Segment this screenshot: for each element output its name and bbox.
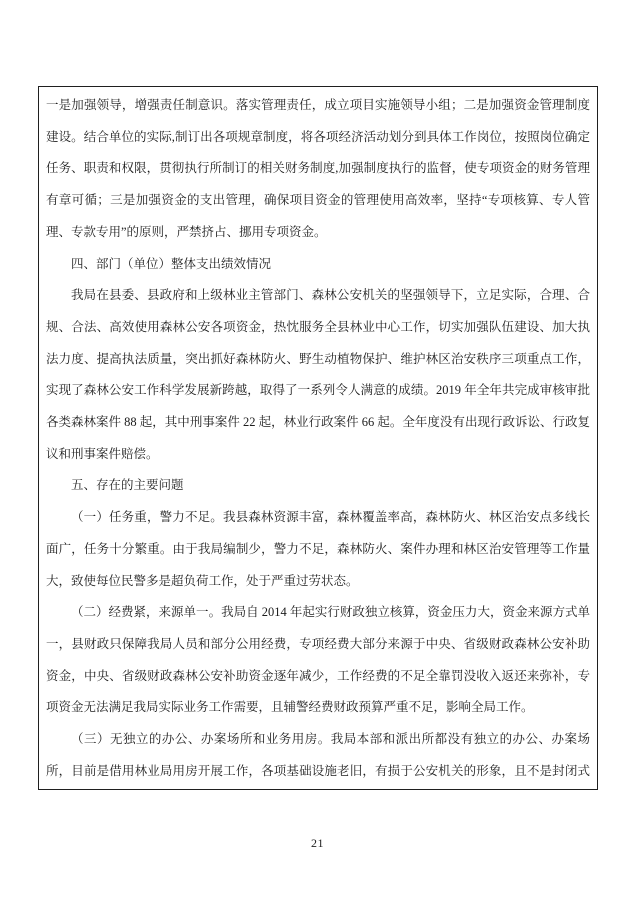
body-paragraph-problem-1: （一）任务重，警力不足。我县森林资源丰富，森林覆盖率高，森林防火、林区治安点多线… [46,502,590,597]
section-heading-four: 四、部门（单位）整体支出绩效情况 [46,249,590,281]
body-paragraph-continuation: 一是加强领导，增强责任制意识。落实管理责任，成立项目实施领导小组；二是加强资金管… [46,90,590,249]
body-paragraph-problem-2: （二）经费紧，来源单一。我局自 2014 年起实行财政独立核算，资金压力大，资金… [46,597,590,724]
section-heading-five: 五、存在的主要问题 [46,470,590,502]
body-paragraph-problem-3: （三）无独立的办公、办案场所和业务用房。我局本部和派出所都没有独立的办公、办案场… [46,724,590,790]
page-number: 21 [0,836,635,851]
body-paragraph-performance: 我局在县委、县政府和上级林业主管部门、森林公安机关的坚强领导下，立足实际，合理、… [46,280,590,470]
document-page: 一是加强领导，增强责任制意识。落实管理责任，成立项目实施领导小组；二是加强资金管… [0,0,635,898]
bordered-text-frame: 一是加强领导，增强责任制意识。落实管理责任，成立项目实施领导小组；二是加强资金管… [38,86,598,790]
